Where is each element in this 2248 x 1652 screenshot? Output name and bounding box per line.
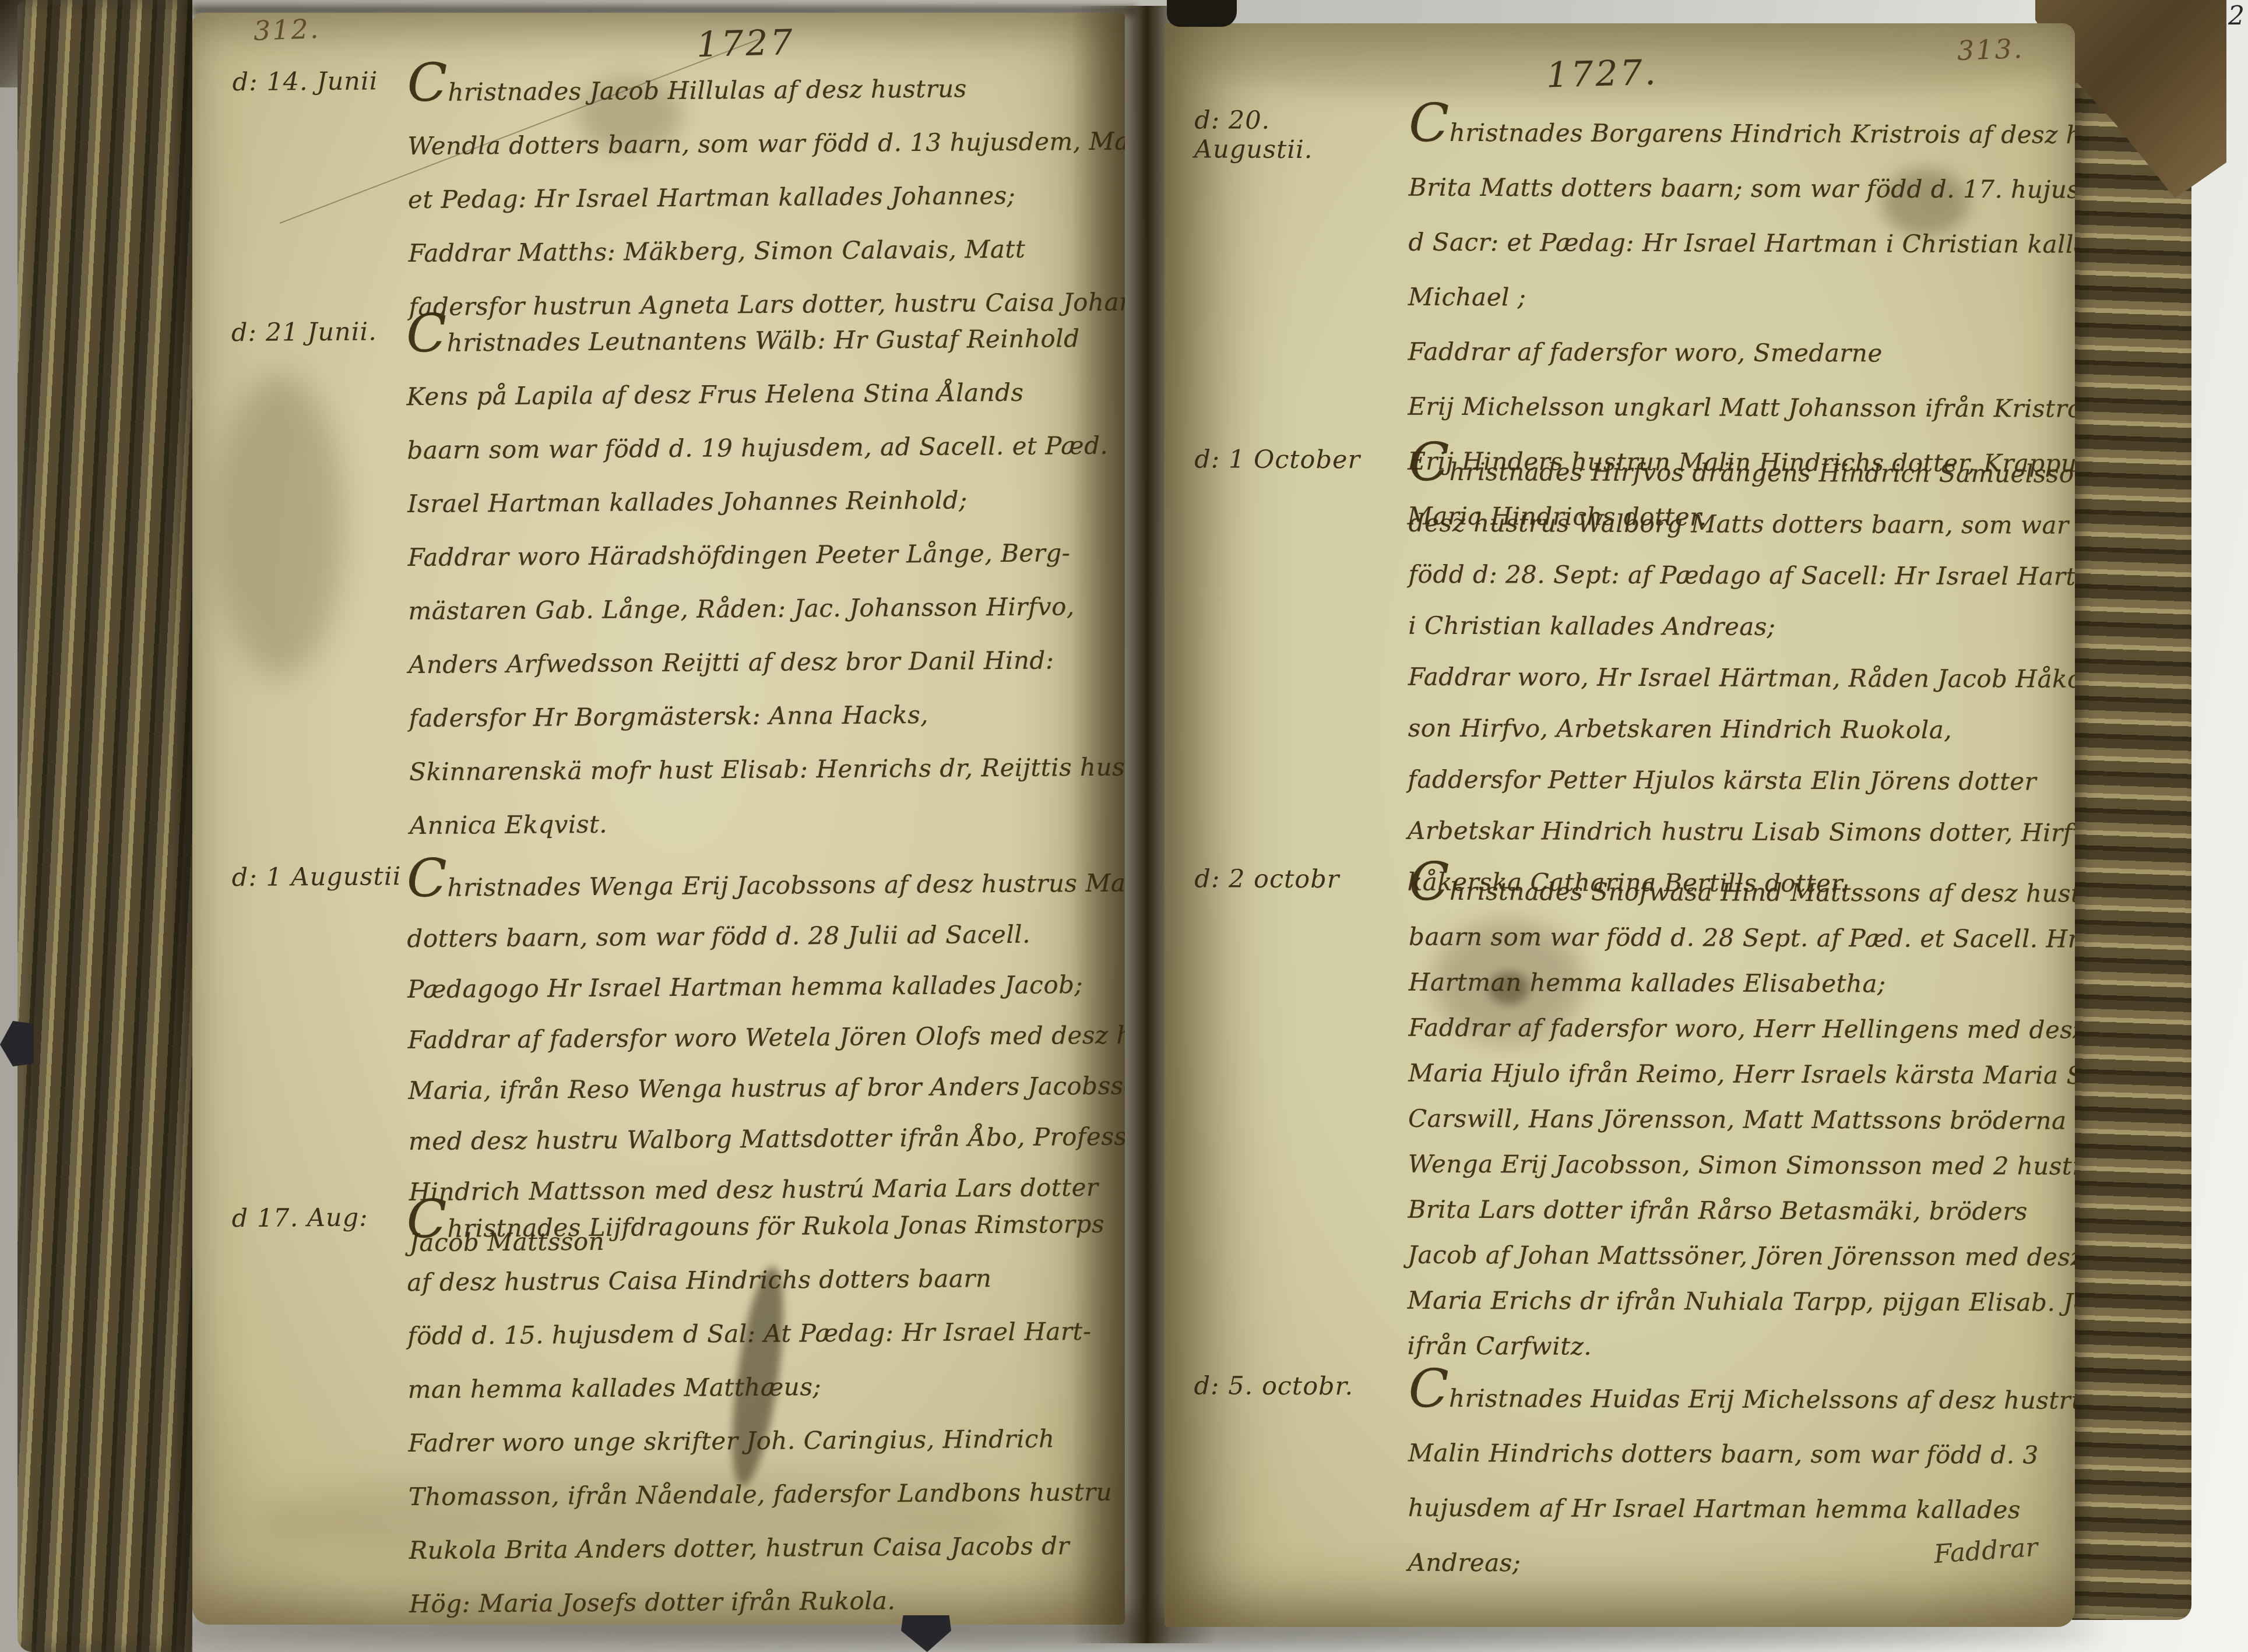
- entry-line: mästaren Gab. Långe, Råden: Jac. Johanss…: [408, 580, 1104, 638]
- entry-margin-date: d: 1 October: [1194, 445, 1369, 474]
- entry-line: född d. 15. hujusdem d Sal: At Pædag: Hr…: [407, 1305, 1104, 1363]
- entry-line: Pædagogo Hr Israel Hartman hemma kallade…: [407, 959, 1104, 1015]
- entry-margin-date: d 17. Aug:: [231, 1203, 406, 1233]
- entry-line: Israel Hartman kallades Johannes Reinhol…: [407, 473, 1104, 531]
- entry-line: Michael ;: [1408, 270, 2060, 327]
- register-entry: d: 21 Junii.Christnades Leutnantens Wälb…: [231, 310, 1106, 854]
- entries-column: d: 20. Augustii.Christnades Borgarens Hi…: [1194, 23, 2060, 1627]
- register-entry: d: 2 octobrChristnades Snofwasa Hind Mat…: [1192, 862, 2060, 1371]
- entry-line: Brita Matts dotters baarn; som war född …: [1409, 160, 2060, 217]
- entry-line: Maria Hjulo ifrån Reimo, Herr Israels kä…: [1408, 1051, 2060, 1098]
- entry-line: Anders Arfwedsson Reijtti af desz bror D…: [409, 633, 1105, 692]
- register-entry: d: 14. JuniiChristnades Jacob Hillulas a…: [232, 59, 1104, 335]
- entry-line: Christnades Hirfvos drängens Hindrich Sa…: [1409, 443, 2060, 500]
- entry-line: Maria Erichs dr ifrån Nuhiala Tarpp, pij…: [1408, 1278, 2059, 1326]
- entry-line: Fadrer woro unge skrifter Joh. Caringius…: [408, 1412, 1104, 1470]
- entry-line: Faddrar woro Häradshöfdingen Peeter Lång…: [407, 526, 1104, 584]
- entry-margin-date: d: 1 Augustii: [232, 862, 407, 892]
- entry-margin-date: d: 5. octobr.: [1194, 1371, 1368, 1401]
- book: 312. 1727 d: 14. JuniiChristnades Jacob …: [0, 0, 2248, 1652]
- entry-line: ifrån Carfwitz.: [1407, 1323, 2059, 1371]
- left-page: 312. 1727 d: 14. JuniiChristnades Jacob …: [192, 13, 1125, 1625]
- entry-line: baarn som war född d. 19 hujusdem, ad Sa…: [407, 419, 1103, 477]
- entry-line: Hög: Maria Josefs dotter ifrån Rukola.: [409, 1573, 1106, 1625]
- entry-line: faddersfor Petter Hjulos kärsta Elin Jör…: [1408, 754, 2059, 808]
- entry-line: Kens på Lapila af desz Frus Helena Stina…: [406, 365, 1103, 424]
- entry-line: Christnades Wenga Erij Jacobssons af des…: [407, 855, 1103, 913]
- entry-line: fadersfor Hr Borgmästersk: Anna Hacks,: [409, 687, 1105, 745]
- entry-line: Jacob af Johan Mattssöner, Jören Jörenss…: [1408, 1232, 2059, 1280]
- entry-line: Malin Hindrichs dotters baarn, som war f…: [1408, 1426, 2060, 1483]
- entry-line: hujusdem af Hr Israel Hartman hemma kall…: [1408, 1481, 2060, 1538]
- entry-line: Wenga Erij Jacobsson, Simon Simonsson me…: [1408, 1142, 2060, 1189]
- entry-line: Faddrar Matths: Mäkberg, Simon Calavais,…: [408, 222, 1104, 280]
- entry-line: Rukola Brita Anders dotter, hustrun Cais…: [409, 1519, 1105, 1577]
- entry-line: Brita Lars dotter ifrån Rårso Betasmäki,…: [1408, 1187, 2059, 1235]
- entry-line: Maria, ifrån Reso Wenga hustrus af bror …: [408, 1061, 1104, 1116]
- entry-line: Christnades Lijfdragouns för Rukola Jona…: [406, 1196, 1103, 1256]
- entry-line: i Christian kallades Andreas;: [1408, 600, 2060, 654]
- entry-line: Christnades Leutnantens Wälb: Hr Gustaf …: [406, 310, 1103, 370]
- entry-line: desz hustrus Walborg Matts dotters baarn…: [1409, 498, 2060, 551]
- entry-margin-date: d: 21 Junii.: [231, 317, 406, 347]
- entry-line: Hartman hemma kallades Elisabetha;: [1409, 960, 2060, 1008]
- entry-line: född d: 28. Sept: af Pædago af Sacell: H…: [1408, 549, 2060, 603]
- register-entry: d 17. Aug:Christnades Lijfdragouns för R…: [231, 1196, 1105, 1625]
- entry-line: med desz hustru Walborg Mattsdotter ifrå…: [409, 1111, 1105, 1167]
- entry-line: Christnades Huidas Erij Michelssons af d…: [1408, 1370, 2060, 1428]
- entries-column: d: 14. JuniiChristnades Jacob Hillulas a…: [233, 13, 1104, 1625]
- manuscript-photo: 2 312. 1727 d: 14. JuniiChristnades Jaco…: [0, 0, 2248, 1652]
- register-entry: d: 1 OctoberChristnades Hirfvos drängens…: [1193, 442, 2061, 910]
- register-entry: d: 5. octobr.Christnades Huidas Erij Mic…: [1193, 1369, 2060, 1592]
- entry-line: Faddrar woro, Hr Israel Härtman, Råden J…: [1408, 651, 2060, 705]
- entry-line: man hemma kallades Matthæus;: [407, 1358, 1104, 1417]
- right-page-block-edge: [2072, 70, 2191, 1620]
- entry-line: Carswill, Hans Jörensson, Matt Mattssons…: [1408, 1096, 2060, 1144]
- entry-line: Faddrar af fadersfor woro, Smedarne: [1408, 325, 2060, 382]
- entry-line: Christnades Snofwasa Hind Mattssons af d…: [1409, 863, 2060, 917]
- entry-line: Wendla dotters baarn, som war född d. 13…: [407, 115, 1104, 173]
- entry-line: d Sacr: et Pædag: Hr Israel Hartman i Ch…: [1408, 215, 2060, 272]
- entry-line: Christnades Jacob Hillulas af desz hustr…: [407, 59, 1103, 119]
- entry-line: af desz hustrus Caisa Hindrichs dotters …: [407, 1251, 1103, 1309]
- entry-line: baarn som war född d. 28 Sept. af Pæd. e…: [1409, 914, 2060, 962]
- entry-margin-date: d: 2 octobr: [1194, 864, 1369, 894]
- entry-line: dotters baarn, som war född d. 28 Julii …: [407, 908, 1103, 964]
- entry-line: Arbetskar Hindrich hustru Lisab Simons d…: [1408, 805, 2059, 859]
- entry-line: son Hirfvo, Arbetskaren Hindrich Ruokola…: [1408, 703, 2060, 756]
- entry-line: Faddrar af fadersfor woro, Herr Hellinge…: [1408, 1005, 2060, 1053]
- entry-line: Skinnarenskä mofr hust Elisab: Henrichs …: [409, 741, 1106, 799]
- entry-line: Thomasson, ifrån Nåendale, fadersfor Lan…: [409, 1466, 1105, 1524]
- entry-line: et Pedag: Hr Israel Hartman kallades Joh…: [408, 168, 1104, 227]
- spine-top: [1167, 0, 1237, 27]
- left-page-block-edge: [17, 0, 192, 1652]
- entry-line: Erij Michelsson ungkarl Matt Johansson i…: [1408, 379, 2059, 436]
- entry-line: Annica Ekqvist.: [410, 794, 1106, 853]
- right-page: 1727. 313. d: 20. Augustii.Christnades B…: [1165, 23, 2075, 1627]
- entry-margin-date: d: 14. Junii: [232, 66, 407, 97]
- entry-line: Christnades Borgarens Hindrich Kristrois…: [1409, 104, 2060, 163]
- entry-line: Faddrar af fadersfor woro Wetela Jören O…: [407, 1010, 1104, 1065]
- entry-margin-date: d: 20. Augustii.: [1194, 105, 1369, 164]
